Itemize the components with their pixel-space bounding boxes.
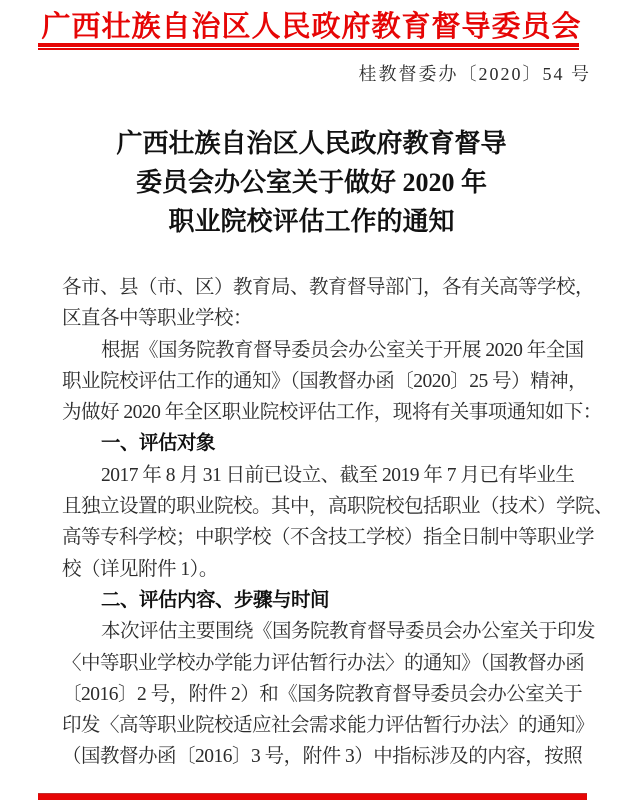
body-line: 2017 年 8 月 31 日前已设立、截至 2019 年 7 月已有毕业生 [62,460,570,491]
body-line: 〈中等职业学校办学能力评估暂行办法〉的通知》（国教督办函 [62,648,570,679]
body-text: 各市、县（市、区）教育局、教育督导部门，各有关高等学校，区直各中等职业学校：根据… [62,272,570,773]
body-line: （国教督办函〔2016〕3 号，附件 3）中指标涉及的内容，按照 [62,741,570,772]
body-line: 高等专科学校；中职学校（不含技工学校）指全日制中等职业学 [62,522,570,553]
body-line: 为做好 2020 年全区职业院校评估工作，现将有关事项通知如下： [62,397,570,428]
body-line: 区直各中等职业学校： [62,303,570,334]
letterhead-org-name: 广西壮族自治区人民政府教育督导委员会 [0,4,623,45]
body-line: 一、评估对象 [62,428,570,459]
document-title-line-3: 职业院校评估工作的通知 [0,202,623,241]
body-line: 各市、县（市、区）教育局、教育督导部门，各有关高等学校， [62,272,570,303]
document-title-line-2: 委员会办公室关于做好 2020 年 [0,163,623,202]
body-line: 校（详见附件 1）。 [62,554,570,585]
body-line: 且独立设置的职业院校。其中，高职院校包括职业（技术）学院、 [62,491,570,522]
body-line: 本次评估主要围绕《国务院教育督导委员会办公室关于印发 [62,616,570,647]
document-title: 广西壮族自治区人民政府教育督导 委员会办公室关于做好 2020 年 职业院校评估… [0,124,623,241]
body-line: 职业院校评估工作的通知》（国教督办函〔2020〕25 号）精神， [62,366,570,397]
footer-red-rule [38,793,587,800]
body-line: 印发〈高等职业院校适应社会需求能力评估暂行办法〉的通知》 [62,710,570,741]
letterhead-red-rule [38,43,579,50]
body-line: 〔2016〕2 号，附件 2）和《国务院教育督导委员会办公室关于 [62,679,570,710]
body-line: 根据《国务院教育督导委员会办公室关于开展 2020 年全国 [62,335,570,366]
document-number: 桂教督委办〔2020〕54 号 [359,60,592,86]
body-line: 二、评估内容、步骤与时间 [62,585,570,616]
document-title-line-1: 广西壮族自治区人民政府教育督导 [0,124,623,163]
document-page: 广西壮族自治区人民政府教育督导委员会 桂教督委办〔2020〕54 号 广西壮族自… [0,0,623,804]
